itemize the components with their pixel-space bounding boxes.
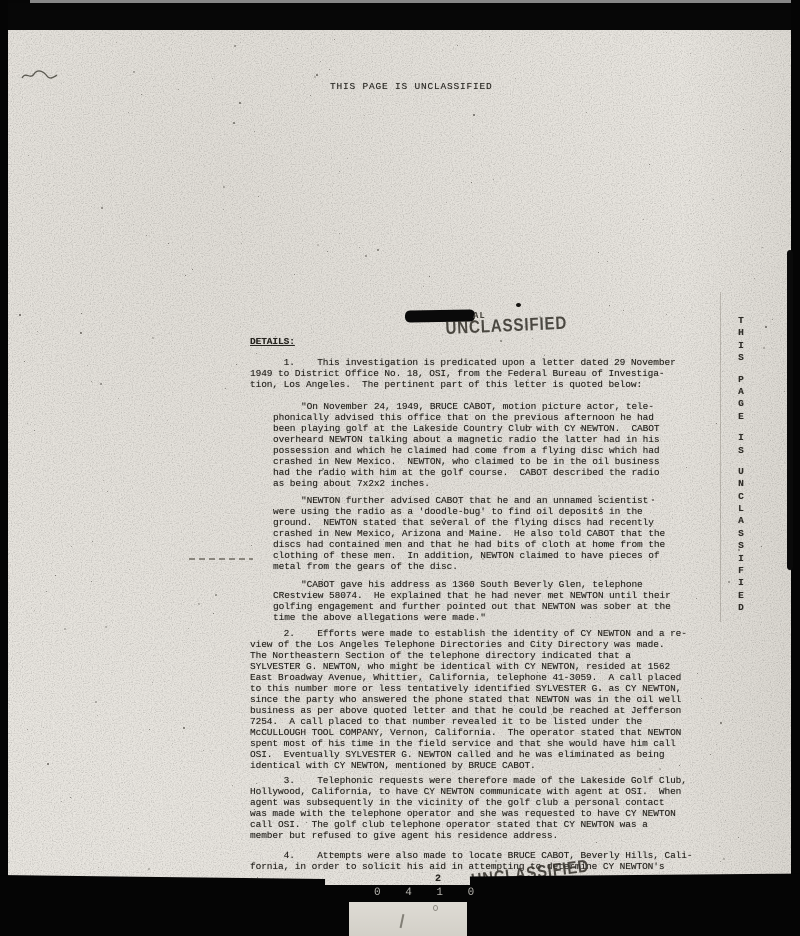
scan-speck bbox=[234, 45, 236, 47]
scan-speck bbox=[225, 404, 226, 405]
scan-speck bbox=[241, 243, 242, 244]
scan-speck bbox=[232, 785, 233, 786]
details-heading: DETAILS: bbox=[250, 336, 295, 347]
scan-speck bbox=[532, 338, 533, 339]
scrap-stray-mark bbox=[433, 905, 438, 911]
ink-dot bbox=[516, 303, 521, 307]
scan-speck bbox=[27, 729, 28, 730]
scan-speck bbox=[784, 391, 785, 392]
scan-speck bbox=[763, 347, 765, 349]
scan-speck bbox=[295, 143, 296, 144]
paragraph-1: 1. This investigation is predicated upon… bbox=[250, 357, 676, 390]
scan-speck bbox=[457, 45, 458, 46]
scan-speck bbox=[64, 628, 66, 630]
scan-speck bbox=[61, 801, 62, 802]
side-label-letter: F bbox=[734, 565, 748, 577]
scan-speck bbox=[510, 51, 511, 52]
side-label-letter: T bbox=[734, 315, 748, 327]
scan-speck bbox=[213, 613, 214, 614]
scan-speck bbox=[225, 388, 226, 389]
side-label-letter: I bbox=[734, 553, 748, 565]
quoted-paragraph-1: "On November 24, 1949, BRUCE CABOT, moti… bbox=[273, 401, 659, 489]
scan-speck bbox=[167, 420, 168, 421]
scan-speck bbox=[105, 626, 107, 628]
side-label-letter: A bbox=[734, 386, 748, 398]
scan-speck bbox=[690, 53, 691, 54]
scan-speck bbox=[256, 353, 257, 354]
scan-speck bbox=[785, 90, 786, 91]
scan-speck bbox=[754, 278, 755, 279]
scan-speck bbox=[148, 868, 150, 870]
scan-speck bbox=[149, 729, 150, 730]
scan-speck bbox=[761, 546, 762, 547]
scan-speck bbox=[515, 78, 516, 79]
scan-speck bbox=[558, 95, 559, 96]
scan-speck bbox=[320, 61, 321, 62]
scan-speck bbox=[334, 39, 335, 40]
side-label-letter: U bbox=[734, 466, 748, 478]
scan-speck bbox=[128, 828, 129, 829]
scan-speck bbox=[743, 129, 744, 130]
scan-speck bbox=[728, 581, 730, 583]
scan-speck bbox=[168, 243, 169, 244]
side-label-letter: L bbox=[734, 503, 748, 515]
scan-speck bbox=[203, 750, 204, 751]
scan-scribble bbox=[20, 68, 60, 86]
quoted-paragraph-2: "NEWTON further advised CABOT that he an… bbox=[273, 495, 665, 572]
scan-speck bbox=[765, 326, 767, 328]
side-unclassified-label: THISPAGEISUNCLASSIFIED bbox=[734, 315, 748, 615]
unclassified-stamp-top: UNCLASSIFIED bbox=[445, 313, 568, 339]
scan-speck bbox=[316, 74, 318, 76]
scan-speck bbox=[666, 314, 667, 315]
scan-speck bbox=[446, 202, 447, 203]
scan-speck bbox=[334, 230, 335, 231]
scan-speck bbox=[240, 217, 241, 218]
scan-speck bbox=[91, 581, 92, 582]
side-label-letter: N bbox=[734, 478, 748, 490]
scan-speck bbox=[70, 797, 71, 798]
scan-speck bbox=[772, 319, 773, 320]
scan-speck bbox=[198, 603, 200, 605]
scan-speck bbox=[223, 209, 224, 210]
scan-speck bbox=[178, 89, 179, 90]
scan-speck bbox=[780, 151, 781, 152]
scan-speck bbox=[100, 383, 102, 385]
scan-speck bbox=[91, 381, 92, 382]
scan-speck bbox=[339, 233, 340, 234]
scan-speck bbox=[98, 867, 99, 868]
scan-speck bbox=[129, 569, 130, 570]
underlying-page-scrap bbox=[349, 902, 467, 936]
scan-speck bbox=[146, 235, 147, 236]
side-label-letter: I bbox=[734, 432, 748, 444]
scan-speck bbox=[364, 115, 365, 116]
scan-speck bbox=[19, 314, 21, 316]
scan-speck bbox=[223, 186, 225, 188]
scan-speck bbox=[227, 747, 228, 748]
scan-speck bbox=[212, 78, 213, 79]
scan-speck bbox=[493, 179, 494, 180]
scan-speck bbox=[347, 158, 348, 159]
scan-speck bbox=[697, 673, 698, 674]
scan-speck bbox=[103, 480, 104, 481]
scan-speck bbox=[666, 32, 667, 33]
scan-speck bbox=[149, 415, 150, 416]
scan-speck bbox=[87, 365, 88, 366]
scan-speck bbox=[71, 546, 72, 547]
scan-speck bbox=[643, 219, 644, 220]
scan-speck bbox=[27, 423, 28, 424]
scan-speck bbox=[34, 430, 35, 431]
scan-speck bbox=[719, 846, 720, 847]
side-label-letter: E bbox=[734, 411, 748, 423]
paragraph-4: 4. Attempts were also made to locate BRU… bbox=[250, 850, 692, 872]
scan-speck bbox=[92, 541, 93, 542]
side-label-letter: S bbox=[734, 445, 748, 457]
side-label-letter: S bbox=[734, 540, 748, 552]
side-label-letter: I bbox=[734, 577, 748, 589]
scan-speck bbox=[558, 848, 559, 849]
scan-speck bbox=[152, 337, 154, 339]
scan-speck bbox=[317, 244, 319, 246]
scan-speck bbox=[128, 112, 129, 113]
scan-speck bbox=[185, 275, 186, 276]
scan-speck bbox=[118, 398, 119, 399]
scan-speck bbox=[586, 112, 587, 113]
side-label-letter: I bbox=[734, 340, 748, 352]
scan-speck bbox=[183, 727, 185, 729]
scan-speck bbox=[607, 577, 608, 578]
scan-speck bbox=[116, 42, 117, 43]
scan-speck bbox=[258, 196, 259, 197]
scan-speck bbox=[377, 249, 379, 251]
scan-speck bbox=[359, 247, 360, 248]
side-label-letter: E bbox=[734, 590, 748, 602]
scan-speck bbox=[80, 332, 82, 334]
scan-speck bbox=[101, 207, 103, 209]
side-label-letter: H bbox=[734, 327, 748, 339]
quoted-paragraph-3: "CABOT gave his address as 1360 South Be… bbox=[273, 579, 671, 623]
scan-speck bbox=[503, 54, 504, 55]
scan-speck bbox=[34, 610, 35, 611]
scan-speck bbox=[135, 173, 136, 174]
scan-speck bbox=[47, 763, 49, 765]
scan-speck bbox=[423, 286, 424, 287]
side-label-letter: C bbox=[734, 491, 748, 503]
scan-speck bbox=[314, 76, 316, 78]
scan-speck bbox=[215, 594, 217, 596]
scan-speck bbox=[152, 682, 153, 683]
scan-speck bbox=[598, 252, 599, 253]
scan-speck bbox=[141, 94, 142, 95]
scan-speck bbox=[689, 180, 690, 181]
scan-speck bbox=[329, 69, 330, 70]
margin-dash-artifact bbox=[189, 558, 253, 560]
scan-strip-top bbox=[30, 0, 800, 3]
scan-speck bbox=[37, 331, 38, 332]
scan-speck bbox=[97, 715, 98, 716]
scan-speck bbox=[95, 701, 97, 703]
scan-speck bbox=[713, 199, 714, 200]
scan-speck bbox=[192, 269, 193, 270]
scan-speck bbox=[46, 591, 47, 592]
scan-speck bbox=[107, 491, 108, 492]
scan-speck bbox=[686, 467, 687, 468]
scan-speck bbox=[609, 305, 610, 306]
page-crease-line bbox=[720, 292, 721, 622]
scan-speck bbox=[725, 820, 726, 821]
scan-speck bbox=[287, 48, 288, 49]
scan-border-left bbox=[0, 0, 8, 936]
scan-speck bbox=[188, 628, 189, 629]
scan-speck bbox=[236, 364, 237, 365]
scan-speck bbox=[738, 837, 739, 838]
scan-speck bbox=[110, 179, 111, 180]
scan-speck bbox=[649, 164, 650, 165]
document-paper: THIS PAGE IS UNCLASSIFIED AL UNCLASSIFIE… bbox=[8, 30, 791, 886]
scan-speck bbox=[472, 136, 473, 137]
side-label-letter: G bbox=[734, 398, 748, 410]
scan-speck bbox=[684, 317, 685, 318]
scan-speck bbox=[55, 575, 56, 576]
scan-speck bbox=[710, 754, 711, 755]
scan-speck bbox=[365, 255, 367, 257]
side-label-letter: D bbox=[734, 602, 748, 614]
paragraph-3: 3. Telephonic requests were therefore ma… bbox=[250, 775, 687, 841]
scan-speck bbox=[471, 182, 472, 183]
scan-speck bbox=[241, 232, 242, 233]
scanned-document-screenshot: THIS PAGE IS UNCLASSIFIED AL UNCLASSIFIE… bbox=[0, 0, 800, 936]
scan-speck bbox=[723, 858, 725, 860]
scrap-stray-mark bbox=[400, 914, 404, 928]
side-label-letter: P bbox=[734, 374, 748, 386]
scan-border-top bbox=[0, 3, 800, 30]
scan-speck bbox=[701, 698, 702, 699]
scan-speck bbox=[251, 545, 252, 546]
scan-speck bbox=[239, 102, 241, 104]
scan-speck bbox=[327, 251, 328, 252]
scan-speck bbox=[716, 744, 717, 745]
scan-speck bbox=[339, 171, 340, 172]
scan-speck bbox=[732, 719, 733, 720]
paragraph-2: 2. Efforts were made to establish the id… bbox=[250, 628, 687, 771]
scan-speck bbox=[500, 340, 502, 342]
scan-speck bbox=[81, 313, 82, 314]
scan-speck bbox=[544, 355, 545, 356]
scan-speck bbox=[473, 114, 475, 116]
scan-speck bbox=[310, 95, 311, 96]
scan-speck bbox=[698, 249, 699, 250]
scan-speck bbox=[759, 716, 760, 717]
scan-speck bbox=[716, 423, 717, 424]
scan-speck bbox=[28, 155, 29, 156]
page-number: 2 bbox=[435, 874, 441, 885]
top-unclassified-banner: THIS PAGE IS UNCLASSIFIED bbox=[330, 81, 493, 92]
scan-speck bbox=[254, 131, 255, 132]
scan-speck bbox=[489, 36, 490, 37]
scan-speck bbox=[607, 261, 608, 262]
scan-speck bbox=[596, 842, 597, 843]
side-label-letter: A bbox=[734, 515, 748, 527]
scan-speck bbox=[294, 274, 295, 275]
scan-border-right-bulge bbox=[787, 250, 793, 570]
scan-speck bbox=[720, 861, 721, 862]
footer-reference-digits: 0 4 1 0 bbox=[374, 887, 483, 899]
scan-speck bbox=[133, 71, 135, 73]
scan-speck bbox=[233, 122, 235, 124]
scan-speck bbox=[696, 598, 697, 599]
scan-speck bbox=[623, 310, 624, 311]
scan-speck bbox=[762, 247, 763, 248]
side-label-letter: S bbox=[734, 528, 748, 540]
side-label-letter: S bbox=[734, 352, 748, 364]
scan-speck bbox=[741, 175, 742, 176]
scan-speck bbox=[720, 722, 722, 724]
scan-speck bbox=[429, 276, 430, 277]
scan-speck bbox=[24, 361, 25, 362]
scan-speck bbox=[43, 727, 44, 728]
